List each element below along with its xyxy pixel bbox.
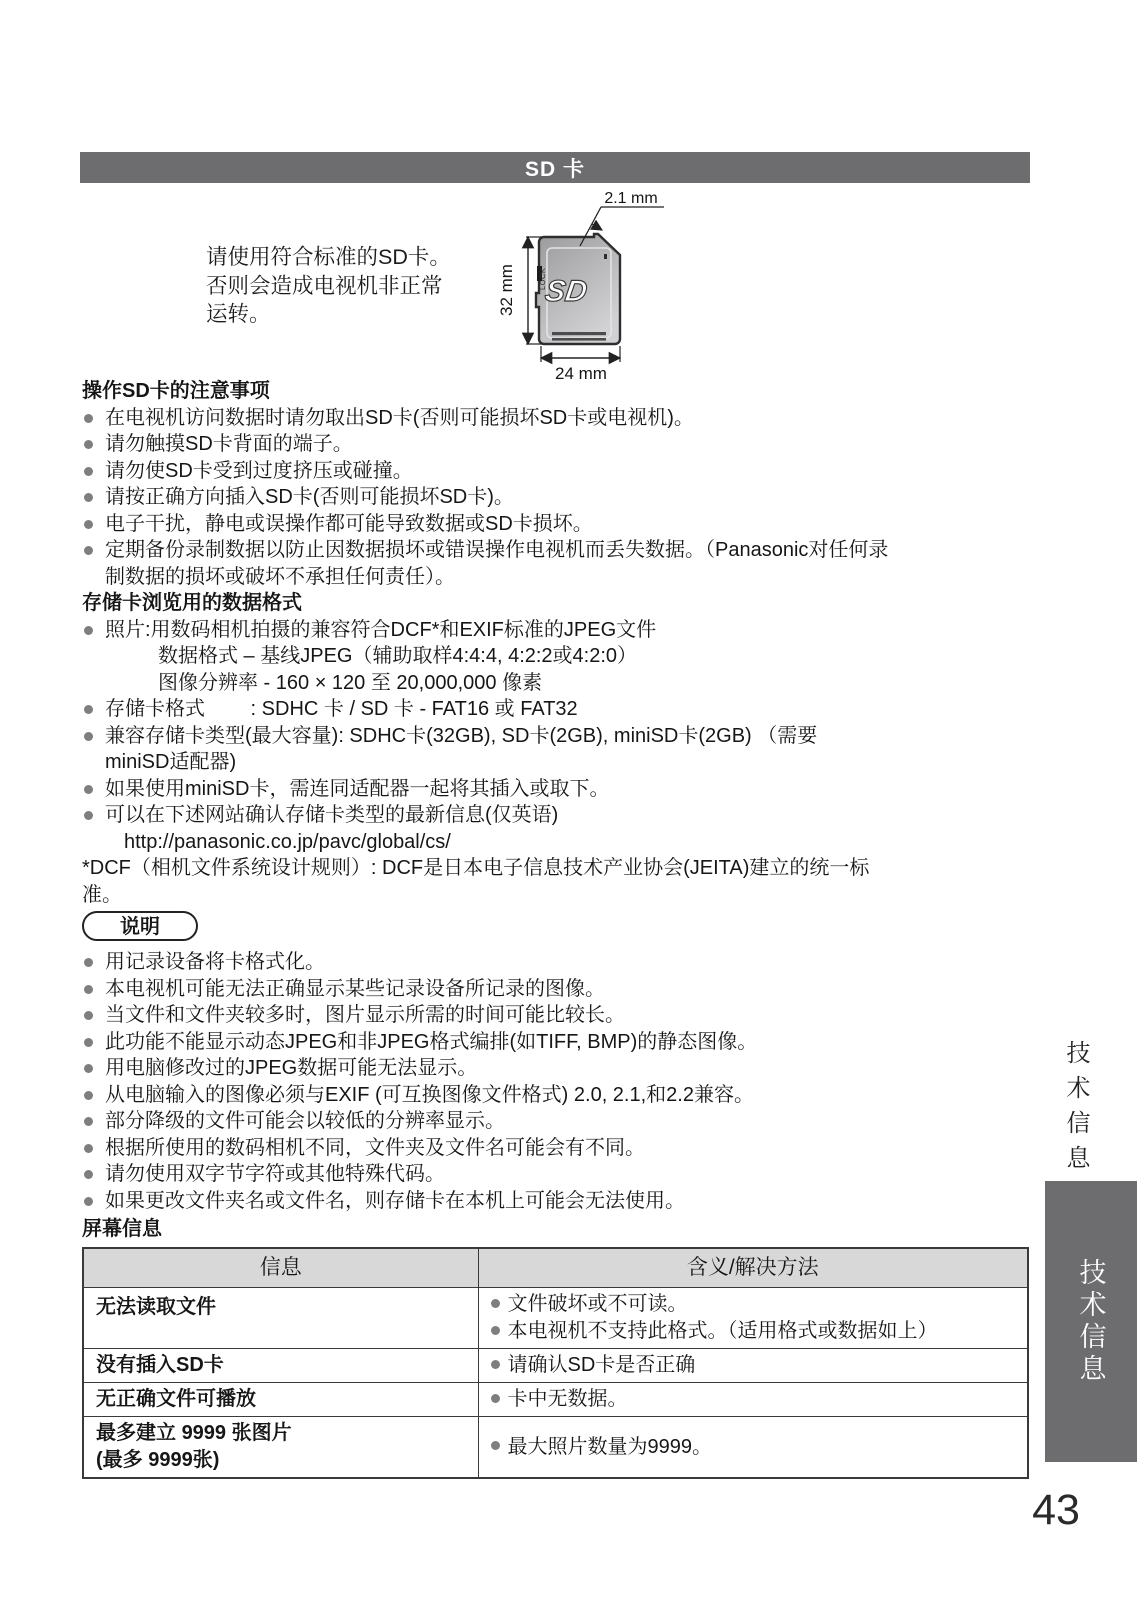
solution-line: 卡中无数据。 <box>491 1386 1018 1413</box>
solution-line: 本电视机不支持此格式。（适用格式或数据如上） <box>491 1318 1018 1345</box>
solution-line: 请确认SD卡是否正确 <box>491 1352 1018 1379</box>
svg-text:2.1 mm: 2.1 mm <box>604 190 657 207</box>
list-item-text: 兼容存储卡类型(最大容量): SDHC卡(32GB), SD卡(2GB), mi… <box>105 725 817 747</box>
bullet-icon <box>84 732 93 741</box>
list-item: 用电脑修改过的JPEG数据可能无法显示。 <box>82 1055 1030 1082</box>
bullet-icon <box>84 493 93 502</box>
screen-message-table: 信息 含义/解决方法 无法读取文件 文件破坏或不可读。 本电视机不支持此格式。（… <box>82 1247 1029 1480</box>
list-item: 在电视机访问数据时请勿取出SD卡(否则可能损坏SD卡或电视机)。 <box>82 405 1030 432</box>
list-item: 根据所使用的数码相机不同，文件夹及文件名可能会有不同。 <box>82 1135 1030 1162</box>
list-item-continuation: miniSD适配器) <box>82 749 1030 776</box>
dcf-footnote: *DCF（相机文件系统设计规则）: DCF是日本电子信息技术产业协会(JEITA… <box>82 855 1030 882</box>
message-cell: 最多建立 9999 张图片 (最多 9999张) <box>83 1417 478 1479</box>
table-header-row: 信息 含义/解决方法 <box>83 1248 1028 1288</box>
sd-card-diagram-svg: SD LOCK 32 mm 24 mm 2.1 mm <box>468 186 758 386</box>
body-content: 操作SD卡的注意事项 在电视机访问数据时请勿取出SD卡(否则可能损坏SD卡或电视… <box>82 378 1030 1479</box>
list-item-text: 存储卡格式 : SDHC 卡 / SD 卡 - FAT16 或 FAT32 <box>105 698 578 720</box>
intro-line: 否则会造成电视机非正常 <box>206 272 451 301</box>
list-item: 用记录设备将卡格式化。 <box>82 949 1030 976</box>
bullet-icon <box>84 440 93 449</box>
svg-text:32 mm: 32 mm <box>497 264 516 316</box>
message-cell: 无正确文件可播放 <box>83 1383 478 1417</box>
solution-cell: 文件破坏或不可读。 本电视机不支持此格式。（适用格式或数据如上） <box>478 1288 1028 1349</box>
section-heading-screen-info: 屏幕信息 <box>82 1216 1030 1243</box>
list-item-text: 如果更改文件夹名或文件名，则存储卡在本机上可能会无法使用。 <box>105 1190 685 1212</box>
list-item-text: 从电脑输入的图像必须与EXIF (可互换图像文件格式) 2.0, 2.1,和2.… <box>105 1084 754 1106</box>
page-title: SD 卡 <box>80 152 1030 183</box>
bullet-icon <box>84 1011 93 1020</box>
bullet-icon <box>84 985 93 994</box>
solution-cell: 最大照片数量为9999。 <box>478 1417 1028 1479</box>
sidebar-tab: 技术信息 <box>1045 1181 1137 1462</box>
solution-line: 最大照片数量为9999。 <box>491 1434 1018 1461</box>
intro-line: 运转。 <box>206 300 451 329</box>
list-item: 请勿触摸SD卡背面的端子。 <box>82 431 1030 458</box>
bullet-icon <box>491 1326 500 1335</box>
list-item: 部分降级的文件可能会以较低的分辨率显示。 <box>82 1108 1030 1135</box>
list-item-text: 部分降级的文件可能会以较低的分辨率显示。 <box>105 1110 505 1132</box>
bullet-icon <box>84 467 93 476</box>
message-cell: 无法读取文件 <box>83 1288 478 1349</box>
bullet-icon <box>84 1144 93 1153</box>
list-item: 请勿使用双字节字符或其他特殊代码。 <box>82 1161 1030 1188</box>
table-row: 无正确文件可播放 卡中无数据。 <box>83 1383 1028 1417</box>
list-item: 如果使用miniSD卡，需连同适配器一起将其插入或取下。 <box>82 776 1030 803</box>
list-item: 本电视机可能无法正确显示某些记录设备所记录的图像。 <box>82 976 1030 1003</box>
table-row: 无法读取文件 文件破坏或不可读。 本电视机不支持此格式。（适用格式或数据如上） <box>83 1288 1028 1349</box>
list-item: 照片:用数码相机拍摄的兼容符合DCF*和EXIF标准的JPEG文件 <box>82 617 1030 644</box>
bullet-icon <box>84 626 93 635</box>
bullet-icon <box>84 1117 93 1126</box>
list-item: 如果更改文件夹名或文件名，则存储卡在本机上可能会无法使用。 <box>82 1188 1030 1215</box>
solution-text: 卡中无数据。 <box>508 1388 628 1410</box>
bullet-icon <box>84 414 93 423</box>
message-text: 张) <box>193 1449 220 1471</box>
message-line: (最多 9999张) <box>96 1447 468 1474</box>
list-item-text: 定期备份录制数据以防止因数据损坏或错误操作电视机而丢失数据。（Panasonic… <box>105 539 888 561</box>
bullet-icon <box>84 1091 93 1100</box>
list-item: 请按正确方向插入SD卡(否则可能损坏SD卡)。 <box>82 484 1030 511</box>
message-text: 卡 <box>204 1354 224 1376</box>
intro-line: 请使用符合标准的SD卡。 <box>206 243 451 272</box>
manual-page: SD 卡 请使用符合标准的SD卡。 否则会造成电视机非正常 运转。 <box>0 0 1141 1600</box>
lock-label: LOCK <box>538 268 547 290</box>
list-item: 当文件和文件夹较多时，图片显示所需的时间可能比较长。 <box>82 1002 1030 1029</box>
sd-card-illustration: SD LOCK 32 mm 24 mm 2.1 mm <box>468 186 758 391</box>
list-item: 此功能不能显示动态JPEG和非JPEG格式编排(如TIFF, BMP)的静态图像… <box>82 1029 1030 1056</box>
sub-line: 图像分辨率 - 160 × 120 至 20,000,000 像素 <box>82 670 1030 697</box>
bullet-icon <box>491 1441 500 1450</box>
sidebar-section-label: 技术信息 <box>1058 1040 1093 1180</box>
bullet-icon <box>491 1394 500 1403</box>
list-item-text: 用电脑修改过的JPEG数据可能无法显示。 <box>105 1057 477 1079</box>
dcf-footnote-continuation: 准。 <box>82 882 1030 909</box>
sidebar-tab-label: 技术信息 <box>1072 1258 1111 1386</box>
list-item-text: 用记录设备将卡格式化。 <box>105 951 325 973</box>
list-item: 可以在下述网站确认存储卡类型的最新信息(仅英语) <box>82 802 1030 829</box>
message-text-bold: 9999 <box>148 1449 193 1471</box>
list-item: 存储卡格式 : SDHC 卡 / SD 卡 - FAT16 或 FAT32 <box>82 696 1030 723</box>
list-item-text: 请勿使SD卡受到过度挤压或碰撞。 <box>105 460 413 482</box>
table-header-solution: 含义/解决方法 <box>478 1248 1028 1288</box>
message-text: 张图片 <box>226 1422 292 1444</box>
section-heading-data-format: 存储卡浏览用的数据格式 <box>82 590 1030 617</box>
list-item-text: 当文件和文件夹较多时，图片显示所需的时间可能比较长。 <box>105 1004 625 1026</box>
list-item-text: 照片:用数码相机拍摄的兼容符合DCF*和EXIF标准的JPEG文件 <box>105 619 656 641</box>
message-text-bold: SD <box>176 1354 204 1376</box>
section-heading-notice: 操作SD卡的注意事项 <box>82 378 1030 405</box>
bullet-icon <box>84 1197 93 1206</box>
message-line: 最多建立 9999 张图片 <box>96 1420 468 1447</box>
list-item: 电子干扰，静电或误操作都可能导致数据或SD卡损坏。 <box>82 511 1030 538</box>
list-item-text: 可以在下述网站确认存储卡类型的最新信息(仅英语) <box>105 804 558 826</box>
message-text: 最多建立 <box>96 1422 182 1444</box>
dim-height: 32 mm <box>497 237 542 344</box>
list-item: 兼容存储卡类型(最大容量): SDHC卡(32GB), SD卡(2GB), mi… <box>82 723 1030 750</box>
list-item-text: 请勿触摸SD卡背面的端子。 <box>105 433 353 455</box>
list-item-text: 如果使用miniSD卡，需连同适配器一起将其插入或取下。 <box>105 778 609 800</box>
bullet-icon <box>84 785 93 794</box>
table-row: 没有插入SD卡 请确认SD卡是否正确 <box>83 1349 1028 1383</box>
url-text: http://panasonic.co.jp/pavc/global/cs/ <box>82 829 1030 856</box>
solution-text: 文件破坏或不可读。 <box>508 1293 688 1315</box>
solution-line: 文件破坏或不可读。 <box>491 1291 1018 1318</box>
bullet-icon <box>84 1064 93 1073</box>
bullet-icon <box>84 1170 93 1179</box>
list-item: 请勿使SD卡受到过度挤压或碰撞。 <box>82 458 1030 485</box>
bullet-icon <box>491 1360 500 1369</box>
note-box: 说明 <box>82 911 198 941</box>
solution-cell: 请确认SD卡是否正确 <box>478 1349 1028 1383</box>
solution-cell: 卡中无数据。 <box>478 1383 1028 1417</box>
bullet-icon <box>84 811 93 820</box>
bullet-icon <box>84 958 93 967</box>
list-item-text: 在电视机访问数据时请勿取出SD卡(否则可能损坏SD卡或电视机)。 <box>105 407 694 429</box>
table-row: 最多建立 9999 张图片 (最多 9999张) 最大照片数量为9999。 <box>83 1417 1028 1479</box>
message-text: 没有插入 <box>96 1354 176 1376</box>
list-item: 定期备份录制数据以防止因数据损坏或错误操作电视机而丢失数据。（Panasonic… <box>82 537 1030 564</box>
list-item-text: 请按正确方向插入SD卡(否则可能损坏SD卡)。 <box>105 486 514 508</box>
bullet-icon <box>84 705 93 714</box>
list-item-text: 本电视机可能无法正确显示某些记录设备所记录的图像。 <box>105 978 605 1000</box>
bullet-icon <box>84 520 93 529</box>
message-text-bold: 9999 <box>182 1422 227 1444</box>
figure-intro-text: 请使用符合标准的SD卡。 否则会造成电视机非正常 运转。 <box>206 243 451 329</box>
solution-text: 本电视机不支持此格式。（适用格式或数据如上） <box>508 1320 938 1342</box>
sd-logo: SD <box>543 275 589 308</box>
list-item-text: 根据所使用的数码相机不同，文件夹及文件名可能会有不同。 <box>105 1137 645 1159</box>
message-text: (最多 <box>96 1449 148 1471</box>
list-item-text: 此功能不能显示动态JPEG和非JPEG格式编排(如TIFF, BMP)的静态图像… <box>105 1031 757 1053</box>
bullet-icon <box>84 1038 93 1047</box>
list-item-text: 请勿使用双字节字符或其他特殊代码。 <box>105 1163 445 1185</box>
sub-line: 数据格式 – 基线JPEG（辅助取样4:4:4, 4:2:2或4:2:0） <box>82 643 1030 670</box>
page-number: 43 <box>1016 1486 1096 1535</box>
bullet-icon <box>84 546 93 555</box>
list-item-text: 电子干扰，静电或误操作都可能导致数据或SD卡损坏。 <box>105 513 593 535</box>
table-header-message: 信息 <box>83 1248 478 1288</box>
list-item-continuation: 制数据的损坏或破坏不承担任何责任）。 <box>82 564 1030 591</box>
solution-text: 请确认SD卡是否正确 <box>508 1354 696 1376</box>
solution-text: 最大照片数量为9999。 <box>508 1436 713 1458</box>
message-cell: 没有插入SD卡 <box>83 1349 478 1383</box>
list-item: 从电脑输入的图像必须与EXIF (可互换图像文件格式) 2.0, 2.1,和2.… <box>82 1082 1030 1109</box>
bullet-icon <box>491 1299 500 1308</box>
